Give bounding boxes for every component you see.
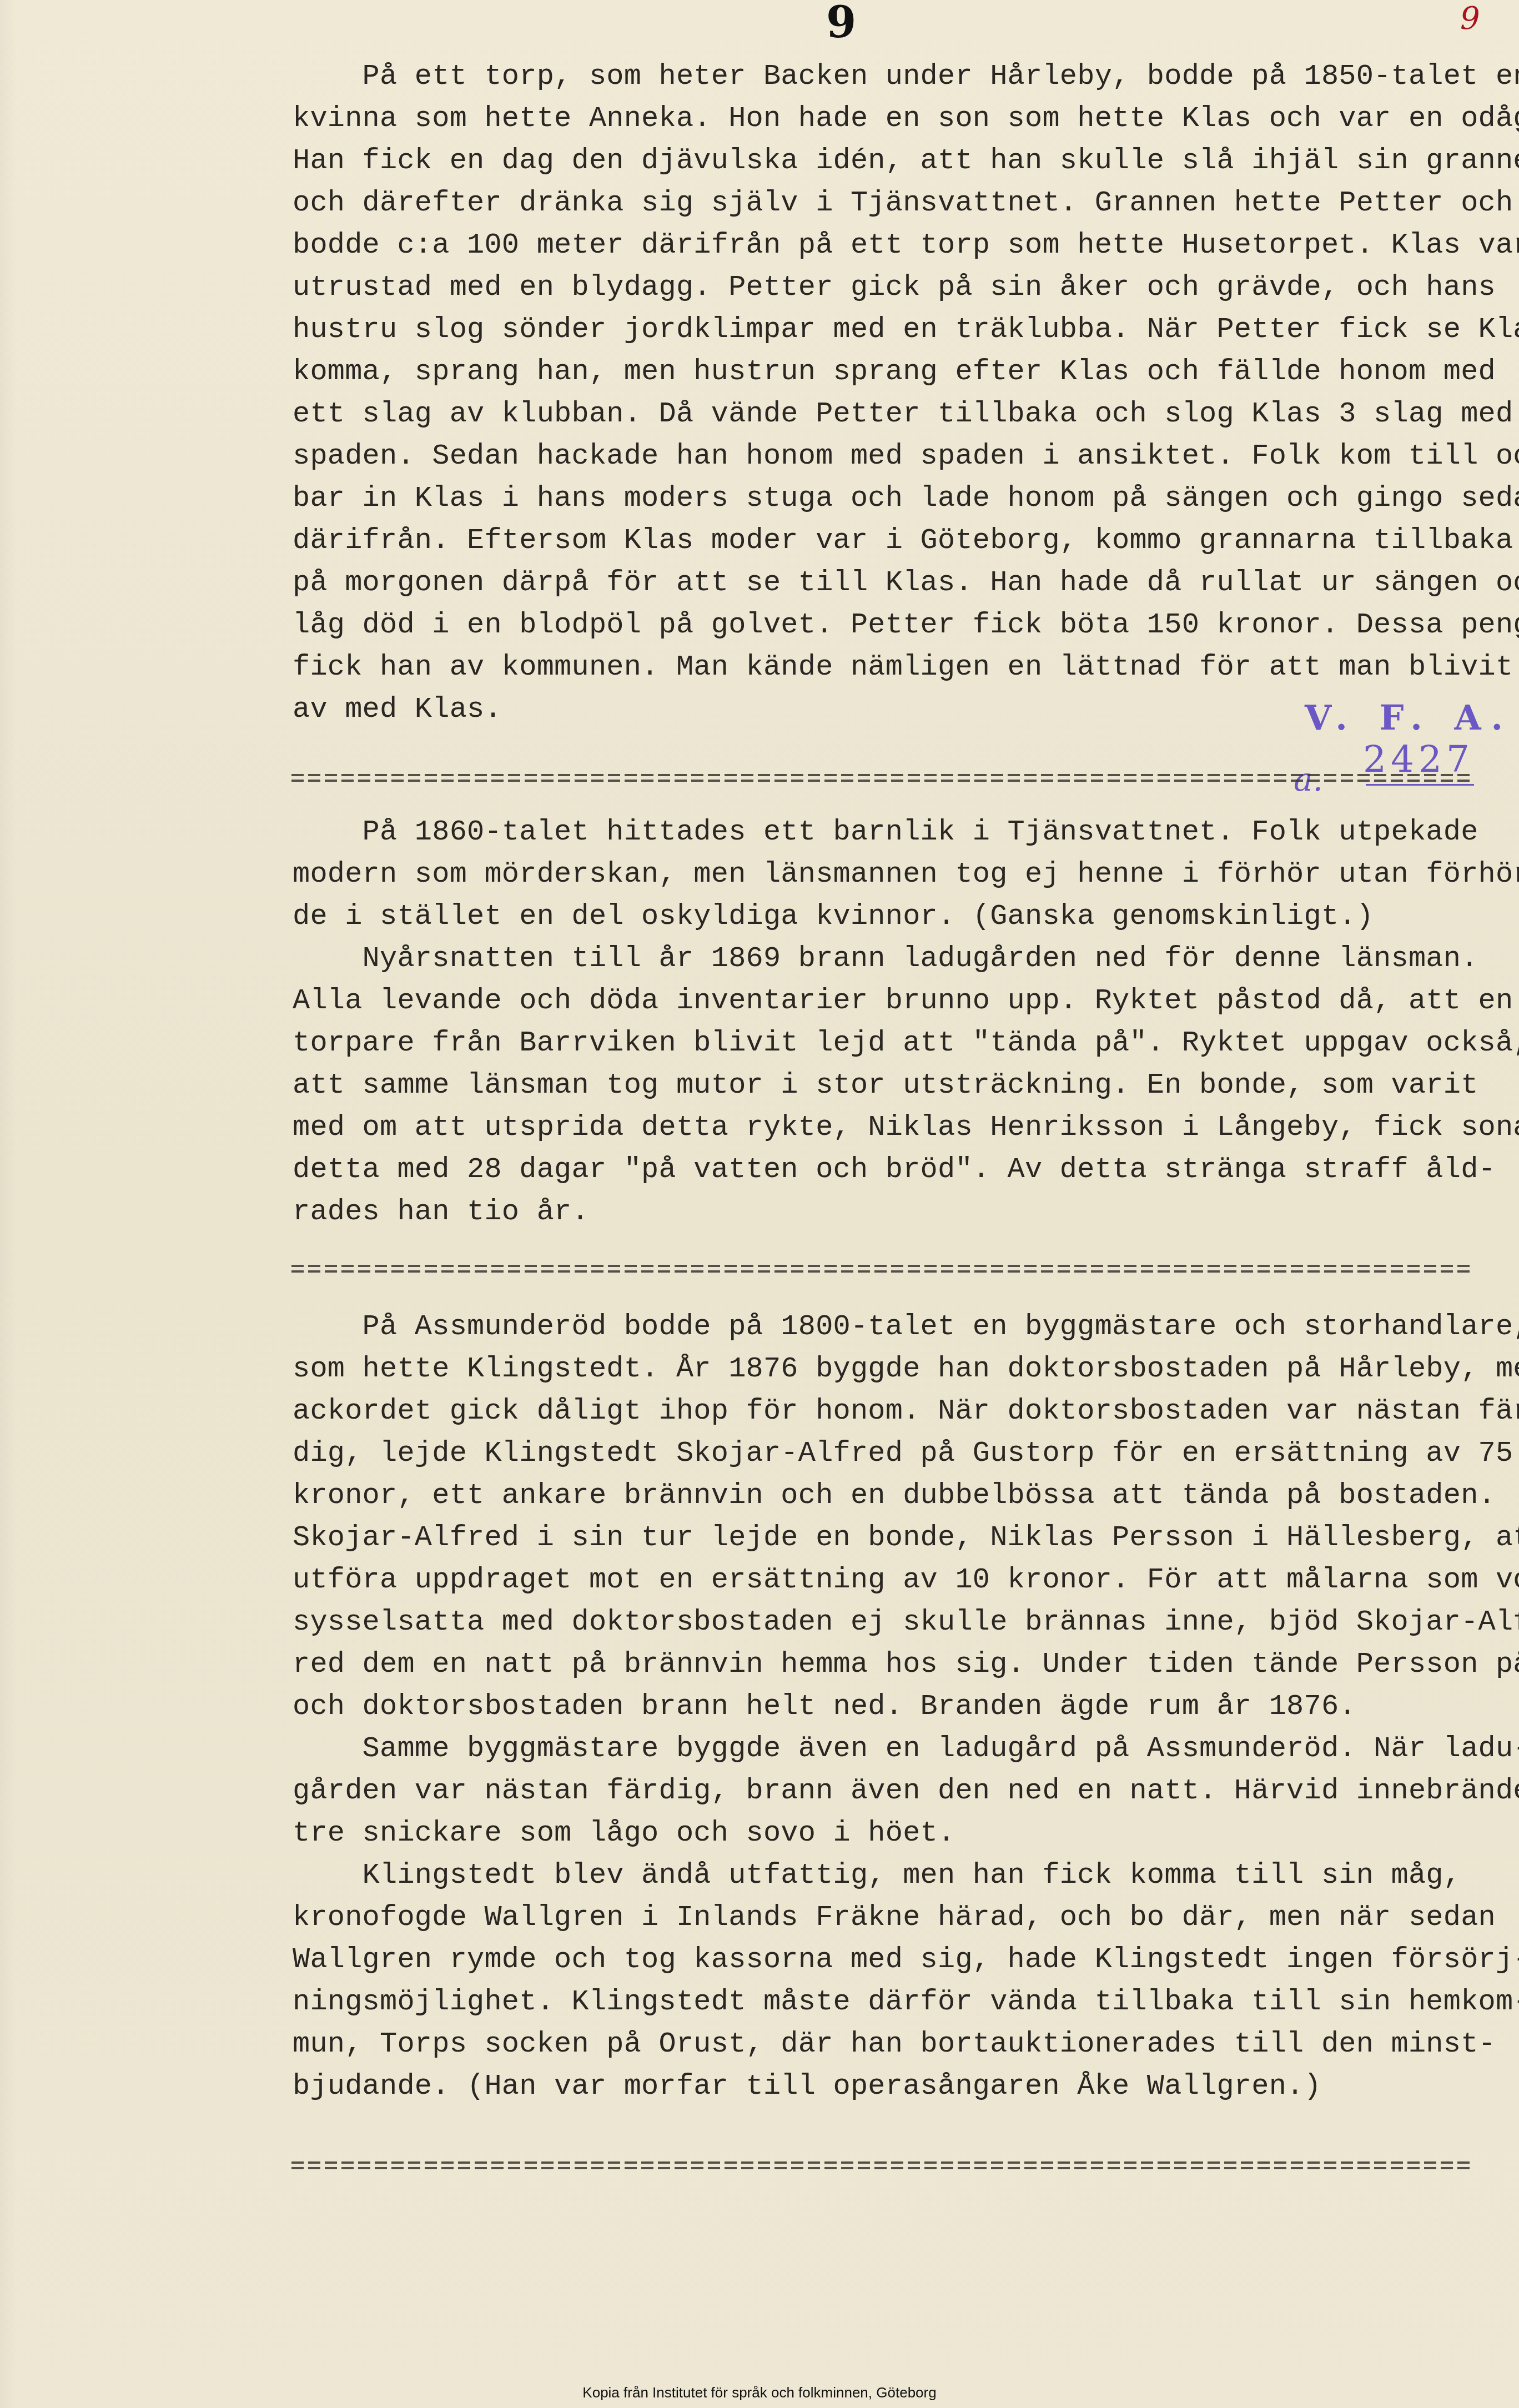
text-line: ningsmöjlighet. Klingstedt måste därför … xyxy=(293,1988,1519,2017)
text-line: Alla levande och döda inventarier brunno… xyxy=(293,987,1513,1016)
text-line: mun, Torps socken på Orust, där han bort… xyxy=(293,2030,1496,2059)
text-line: komma, sprang han, men hustrun sprang ef… xyxy=(293,358,1496,386)
text-line: kronofogde Wallgren i Inlands Fräkne här… xyxy=(293,1903,1496,1932)
stamp-letters: V. F. A. xyxy=(1305,701,1513,735)
text-line: rades han tio år. xyxy=(293,1198,589,1226)
text-line: kvinna som hette Anneka. Hon hade en son… xyxy=(293,104,1519,133)
text-line: detta med 28 dagar "på vatten och bröd".… xyxy=(293,1155,1496,1184)
archive-footer: Kopia från Institutet för språk och folk… xyxy=(0,2384,1519,2401)
text-line: På ett torp, som heter Backen under Hårl… xyxy=(293,62,1519,91)
text-line: utrustad med en blydagg. Petter gick på … xyxy=(293,273,1496,302)
text-line: bar in Klas i hans moders stuga och lade… xyxy=(293,484,1519,513)
text-line: på morgonen därpå för att se till Klas. … xyxy=(293,569,1519,597)
separator-line xyxy=(291,2161,1474,2169)
text-line: av med Klas. xyxy=(293,695,502,724)
text-line: bodde c:a 100 meter därifrån på ett torp… xyxy=(293,231,1519,260)
separator-line xyxy=(291,1265,1474,1273)
text-line: Skojar-Alfred i sin tur lejde en bonde, … xyxy=(293,1524,1519,1552)
text-line: bjudande. (Han var morfar till operasång… xyxy=(293,2072,1321,2101)
text-line: med om att utsprida detta rykte, Niklas … xyxy=(293,1113,1519,1142)
text-line: fick han av kommunen. Man kände nämligen… xyxy=(293,653,1513,682)
text-line: tre snickare som lågo och sovo i höet. xyxy=(293,1819,955,1848)
text-line: Wallgren rymde och tog kassorna med sig,… xyxy=(293,1945,1519,1974)
stamp-underline xyxy=(1366,784,1474,786)
text-line: Nyårsnatten till år 1869 brann ladugårde… xyxy=(293,944,1478,973)
separator-line xyxy=(291,774,1474,782)
text-line: torpare från Barrviken blivit lejd att "… xyxy=(293,1029,1519,1058)
text-line: Klingstedt blev ändå utfattig, men han f… xyxy=(293,1861,1461,1890)
text-line: dig, lejde Klingstedt Skojar-Alfred på G… xyxy=(293,1439,1513,1468)
text-line: att samme länsman tog mutor i stor utstr… xyxy=(293,1071,1478,1100)
text-line: och därefter dränka sig själv i Tjänsvat… xyxy=(293,189,1513,218)
text-line: Samme byggmästare byggde även en ladugår… xyxy=(293,1735,1519,1763)
text-line: därifrån. Eftersom Klas moder var i Göte… xyxy=(293,526,1513,555)
text-line: som hette Klingstedt. År 1876 byggde han… xyxy=(293,1355,1519,1384)
text-line: och doktorsbostaden brann helt ned. Bran… xyxy=(293,1692,1356,1721)
text-line: de i stället en del oskyldiga kvinnor. (… xyxy=(293,902,1374,931)
text-line: red dem en natt på brännvin hemma hos si… xyxy=(293,1650,1519,1679)
text-line: modern som mörderskan, men länsmannen to… xyxy=(293,860,1519,889)
text-line: Han fick en dag den djävulska idén, att … xyxy=(293,147,1519,175)
text-line: utföra uppdraget mot en ersättning av 10… xyxy=(293,1566,1519,1595)
text-line: sysselsatta med doktorsbostaden ej skull… xyxy=(293,1608,1519,1637)
text-line: hustru slog sönder jordklimpar med en tr… xyxy=(293,315,1519,344)
text-line: ackordet gick dåligt ihop för honom. När… xyxy=(293,1397,1519,1426)
text-line: låg död i en blodpöl på golvet. Petter f… xyxy=(293,611,1519,640)
handwritten-page-number: 9 xyxy=(1460,3,1480,34)
stamp-number: 2427 xyxy=(1363,741,1474,778)
typed-page-number: 9 xyxy=(826,1,856,44)
text-line: spaden. Sedan hackade han honom med spad… xyxy=(293,442,1519,471)
text-line: På 1860-talet hittades ett barnlik i Tjä… xyxy=(293,818,1478,847)
text-line: ett slag av klubban. Då vände Petter til… xyxy=(293,400,1513,429)
text-line: kronor, ett ankare brännvin och en dubbe… xyxy=(293,1481,1496,1510)
text-line: På Assmunderöd bodde på 1800-talet en by… xyxy=(293,1313,1519,1341)
text-line: gården var nästan färdig, brann även den… xyxy=(293,1777,1519,1806)
